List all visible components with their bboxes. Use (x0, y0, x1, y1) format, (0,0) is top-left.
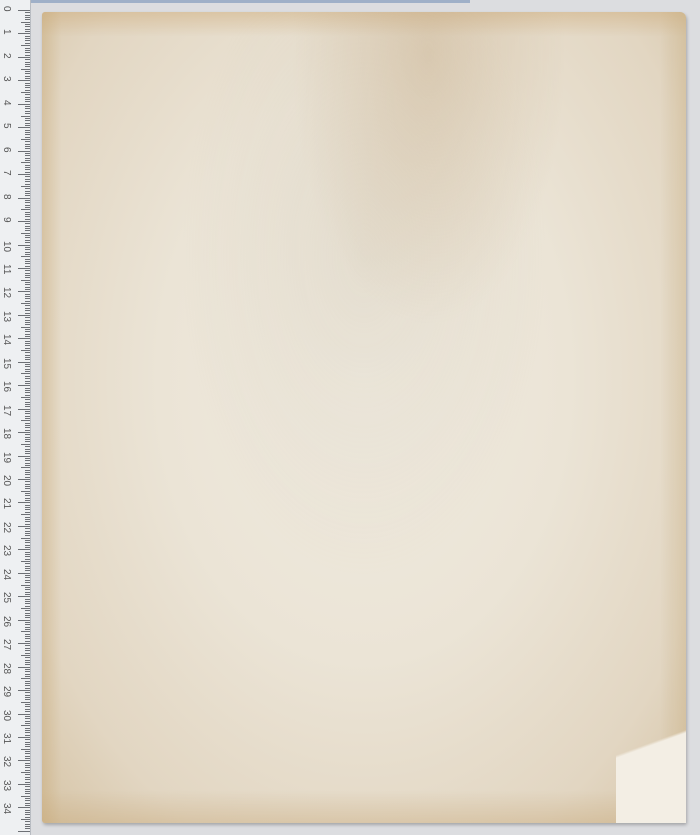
ruler-tick (25, 242, 30, 243)
ruler-tick (25, 531, 30, 532)
ruler-tick (25, 505, 30, 506)
ruler-tick (25, 202, 30, 203)
ruler-tick (25, 812, 30, 813)
ruler-tick (25, 317, 30, 318)
ruler-tick (25, 437, 30, 438)
ruler-tick (21, 280, 30, 281)
ruler-tick (25, 622, 30, 623)
ruler-tick (25, 821, 30, 822)
ruler-tick (18, 596, 30, 597)
ruler-tick (25, 500, 30, 501)
ruler-tick (25, 554, 30, 555)
ruler-tick (25, 751, 30, 752)
ruler-label: 16 (1, 381, 12, 392)
ruler-tick (18, 33, 30, 34)
ruler-tick (25, 517, 30, 518)
ruler-tick (25, 688, 30, 689)
ruler-tick (25, 97, 30, 98)
ruler-tick (25, 540, 30, 541)
ruler-tick (25, 601, 30, 602)
ruler-tick (25, 470, 30, 471)
ruler-tick (25, 153, 30, 154)
ruler-tick (25, 345, 30, 346)
ruler-label: 14 (1, 334, 12, 345)
ruler-tick (25, 695, 30, 696)
ruler-tick (25, 828, 30, 829)
ruler-tick (25, 636, 30, 637)
ruler-tick (25, 64, 30, 65)
ruler-tick (25, 587, 30, 588)
ruler-tick (25, 406, 30, 407)
ruler-tick (25, 650, 30, 651)
ruler-label: 3 (1, 76, 12, 82)
ruler-tick (25, 742, 30, 743)
ruler-tick (25, 580, 30, 581)
ruler-tick (18, 620, 30, 621)
ruler-tick (25, 169, 30, 170)
ruler-tick (25, 519, 30, 520)
ruler-tick (25, 594, 30, 595)
ruler-tick (18, 268, 30, 269)
ruler-tick (25, 810, 30, 811)
ruler-tick (21, 373, 30, 374)
ruler-tick (25, 90, 30, 91)
ruler-tick (25, 779, 30, 780)
ruler-tick (25, 770, 30, 771)
ruler-label: 26 (1, 616, 12, 627)
ruler-tick (25, 223, 30, 224)
ruler-tick (25, 118, 30, 119)
ruler-tick (21, 702, 30, 703)
ruler-tick (25, 228, 30, 229)
ruler-tick (25, 254, 30, 255)
ruler-label: 2 (1, 53, 12, 59)
ruler-tick (25, 108, 30, 109)
ruler-label: 27 (1, 639, 12, 650)
ruler-tick (25, 458, 30, 459)
ruler-tick (21, 186, 30, 187)
ruler-tick (25, 26, 30, 27)
ruler-tick (25, 645, 30, 646)
ruler-tick (25, 296, 30, 297)
ruler-tick (25, 765, 30, 766)
ruler-tick (25, 634, 30, 635)
ruler-tick (25, 613, 30, 614)
ruler-tick (25, 782, 30, 783)
ruler-tick (25, 282, 30, 283)
ruler-tick (25, 446, 30, 447)
ruler-tick (25, 320, 30, 321)
ruler-tick (25, 627, 30, 628)
ruler-tick (25, 167, 30, 168)
ruler-tick (21, 233, 30, 234)
ruler-tick (25, 657, 30, 658)
ruler-tick (21, 631, 30, 632)
ruler-tick (25, 484, 30, 485)
ruler-tick (25, 237, 30, 238)
ruler-tick (25, 638, 30, 639)
ruler-tick (25, 348, 30, 349)
ruler-tick (25, 474, 30, 475)
ruler-tick (25, 73, 30, 74)
ruler-tick (25, 62, 30, 63)
ruler-tick (25, 366, 30, 367)
ruler-tick (25, 378, 30, 379)
ruler-tick (25, 235, 30, 236)
ruler-label: 18 (1, 428, 12, 439)
ruler-tick (25, 158, 30, 159)
ruler-label: 24 (1, 569, 12, 580)
ruler-tick (25, 402, 30, 403)
ruler-tick (25, 355, 30, 356)
ruler-tick (25, 542, 30, 543)
ruler-tick (25, 744, 30, 745)
ruler-tick (18, 362, 30, 363)
centimeter-ruler: 0123456789101112131415161718192021222324… (0, 0, 31, 835)
ruler-tick (25, 413, 30, 414)
ruler-tick (18, 315, 30, 316)
ruler-label: 29 (1, 686, 12, 697)
ruler-tick (25, 824, 30, 825)
ruler-tick (18, 338, 30, 339)
ruler-tick (25, 176, 30, 177)
ruler-tick (21, 514, 30, 515)
ruler-tick (25, 653, 30, 654)
ruler-tick (25, 624, 30, 625)
ruler-tick (21, 678, 30, 679)
ruler-tick (25, 249, 30, 250)
ruler-tick (25, 59, 30, 60)
ruler-label: 10 (1, 241, 12, 252)
ruler-label: 25 (1, 592, 12, 603)
ruler-tick (18, 151, 30, 152)
ruler-tick (25, 793, 30, 794)
ruler-tick (18, 549, 30, 550)
ruler-tick (25, 357, 30, 358)
ruler-tick (25, 331, 30, 332)
ruler-tick (18, 526, 30, 527)
ruler-tick (25, 430, 30, 431)
ruler-tick (25, 763, 30, 764)
ruler-tick (25, 395, 30, 396)
ruler-tick (25, 334, 30, 335)
ruler-tick (25, 662, 30, 663)
ruler-tick (25, 364, 30, 365)
ruler-tick (25, 36, 30, 37)
ruler-tick (21, 491, 30, 492)
ruler-tick (18, 831, 30, 832)
ruler-tick (18, 573, 30, 574)
ruler-label: 4 (1, 100, 12, 106)
ruler-tick (18, 479, 30, 480)
ruler-label: 9 (1, 217, 12, 223)
ruler-tick (25, 533, 30, 534)
ruler-tick (25, 777, 30, 778)
ruler-label: 13 (1, 311, 12, 322)
ruler-tick (18, 10, 30, 11)
ruler-label: 23 (1, 545, 12, 556)
ruler-tick (25, 19, 30, 20)
ruler-tick (25, 263, 30, 264)
ruler-tick (25, 582, 30, 583)
ruler-tick (25, 87, 30, 88)
ruler-tick (25, 17, 30, 18)
ruler-tick (18, 245, 30, 246)
ruler-tick (25, 676, 30, 677)
ruler-tick (25, 308, 30, 309)
ruler-tick (25, 728, 30, 729)
ruler-tick (25, 40, 30, 41)
ruler-label: 11 (1, 264, 12, 274)
ruler-tick (25, 195, 30, 196)
ruler-tick (25, 723, 30, 724)
ruler-tick (25, 193, 30, 194)
ruler-tick (25, 669, 30, 670)
ruler-tick (25, 692, 30, 693)
ruler-tick (25, 774, 30, 775)
ruler-tick (25, 521, 30, 522)
ruler-tick (25, 449, 30, 450)
ruler-tick (25, 230, 30, 231)
ruler-tick (25, 739, 30, 740)
ruler-tick (25, 343, 30, 344)
ruler-tick (25, 247, 30, 248)
ruler-label: 31 (1, 733, 12, 744)
ruler-tick (25, 451, 30, 452)
ruler-tick (25, 545, 30, 546)
ruler-tick (25, 310, 30, 311)
ruler-tick (25, 481, 30, 482)
ruler-tick (21, 655, 30, 656)
ruler-tick (21, 69, 30, 70)
ruler-tick (25, 758, 30, 759)
ruler-tick (25, 179, 30, 180)
ruler-tick (25, 85, 30, 86)
ruler-tick (25, 130, 30, 131)
ruler-tick (25, 352, 30, 353)
ruler-tick (25, 101, 30, 102)
ruler-tick (25, 610, 30, 611)
ruler-tick (25, 261, 30, 262)
ruler-tick (25, 322, 30, 323)
ruler-tick (25, 592, 30, 593)
ruler-tick (25, 683, 30, 684)
ruler-tick (21, 256, 30, 257)
ruler-tick (25, 641, 30, 642)
ruler-tick (25, 697, 30, 698)
ruler-tick (25, 577, 30, 578)
ruler-tick (25, 383, 30, 384)
ruler-tick (25, 570, 30, 571)
ruler-tick (25, 535, 30, 536)
ruler-label: 32 (1, 756, 12, 767)
ruler-tick (25, 294, 30, 295)
ruler-tick (25, 120, 30, 121)
ruler-tick (25, 803, 30, 804)
ruler-tick (25, 709, 30, 710)
ruler-tick (25, 434, 30, 435)
ruler-tick (25, 674, 30, 675)
ruler-tick (18, 432, 30, 433)
ruler-tick (25, 298, 30, 299)
ruler-tick (25, 411, 30, 412)
ruler-tick (25, 134, 30, 135)
ruler-tick (25, 699, 30, 700)
ruler-tick (25, 404, 30, 405)
ruler-tick (25, 15, 30, 16)
ruler-tick (25, 786, 30, 787)
ruler-tick (25, 495, 30, 496)
ruler-tick (25, 259, 30, 260)
ruler-tick (21, 303, 30, 304)
ruler-tick (18, 760, 30, 761)
ruler-tick (21, 139, 30, 140)
ruler-tick (25, 381, 30, 382)
ruler-tick (25, 756, 30, 757)
ruler-tick (25, 798, 30, 799)
ruler-tick (25, 439, 30, 440)
ruler-tick (25, 273, 30, 274)
ruler-tick (25, 144, 30, 145)
ruler-tick (25, 336, 30, 337)
ruler-tick (25, 359, 30, 360)
ruler-tick (25, 55, 30, 56)
ruler-tick (18, 127, 30, 128)
ruler-tick (25, 472, 30, 473)
ruler-tick (25, 547, 30, 548)
ruler-tick (25, 181, 30, 182)
ruler-tick (25, 24, 30, 25)
ruler-label: 6 (1, 147, 12, 153)
ruler-tick (18, 667, 30, 668)
ruler-tick (25, 48, 30, 49)
ruler-tick (25, 789, 30, 790)
ruler-tick (18, 714, 30, 715)
ruler-tick (25, 216, 30, 217)
ruler-tick (25, 324, 30, 325)
ruler-tick (18, 807, 30, 808)
ruler-tick (25, 83, 30, 84)
ruler-label: 34 (1, 803, 12, 814)
ruler-tick (25, 66, 30, 67)
ruler-tick (25, 563, 30, 564)
ruler-tick (21, 749, 30, 750)
ruler-tick (25, 106, 30, 107)
ruler-tick (25, 753, 30, 754)
ruler-tick (25, 606, 30, 607)
ruler-tick (25, 76, 30, 77)
ruler-tick (25, 376, 30, 377)
ruler-tick (25, 111, 30, 112)
ruler-tick (25, 681, 30, 682)
ruler-tick (25, 369, 30, 370)
ruler-tick (25, 814, 30, 815)
ruler-tick (25, 488, 30, 489)
ruler-tick (25, 341, 30, 342)
ruler-tick (25, 568, 30, 569)
ruler-tick (25, 746, 30, 747)
ruler-tick (25, 416, 30, 417)
ruler-tick (25, 566, 30, 567)
ruler-tick (25, 552, 30, 553)
paper-corner-fold (616, 693, 686, 823)
ruler-tick (25, 148, 30, 149)
ruler-tick (25, 132, 30, 133)
ruler-label: 12 (1, 287, 12, 298)
ruler-tick (25, 603, 30, 604)
ruler-tick (18, 502, 30, 503)
ruler-tick (21, 327, 30, 328)
ruler-tick (21, 162, 30, 163)
ruler-tick (25, 629, 30, 630)
ruler-tick (25, 617, 30, 618)
ruler-tick (25, 465, 30, 466)
ruler-tick (25, 125, 30, 126)
ruler-tick (21, 796, 30, 797)
ruler-tick (21, 92, 30, 93)
ruler-label: 33 (1, 780, 12, 791)
ruler-tick (25, 660, 30, 661)
ruler-tick (25, 43, 30, 44)
ruler-tick (25, 730, 30, 731)
ruler-tick (25, 113, 30, 114)
ruler-tick (25, 427, 30, 428)
ruler-tick (25, 275, 30, 276)
ruler-tick (18, 198, 30, 199)
ruler-tick (25, 648, 30, 649)
ruler-tick (25, 671, 30, 672)
ruler-tick (25, 460, 30, 461)
ruler-label: 22 (1, 522, 12, 533)
ruler-tick (25, 399, 30, 400)
ruler-tick (25, 99, 30, 100)
ruler-tick (25, 155, 30, 156)
ruler-label: 28 (1, 663, 12, 674)
ruler-tick (25, 287, 30, 288)
ruler-tick (25, 219, 30, 220)
ruler-tick (25, 589, 30, 590)
ruler-tick (25, 94, 30, 95)
ruler-tick (21, 585, 30, 586)
ruler-tick (21, 420, 30, 421)
ruler-tick (25, 704, 30, 705)
ruler-tick (25, 146, 30, 147)
ruler-tick (25, 188, 30, 189)
ruler-label: 7 (1, 170, 12, 176)
ruler-label: 5 (1, 123, 12, 129)
ruler-tick (25, 29, 30, 30)
ruler-tick (18, 737, 30, 738)
ruler-tick (25, 509, 30, 510)
ruler-tick (25, 31, 30, 32)
ruler-tick (25, 685, 30, 686)
ruler-tick (25, 270, 30, 271)
ruler-tick (25, 141, 30, 142)
ruler-tick (25, 137, 30, 138)
ruler-tick (18, 409, 30, 410)
ruler-tick (25, 767, 30, 768)
ruler-tick (18, 690, 30, 691)
ruler-tick (25, 252, 30, 253)
ruler-label: 20 (1, 475, 12, 486)
ruler-label: 15 (1, 358, 12, 369)
ruler-tick (25, 123, 30, 124)
ruler-tick (18, 174, 30, 175)
ruler-tick (21, 116, 30, 117)
ruler-tick (25, 207, 30, 208)
ruler-tick (18, 643, 30, 644)
ruler-tick (25, 817, 30, 818)
